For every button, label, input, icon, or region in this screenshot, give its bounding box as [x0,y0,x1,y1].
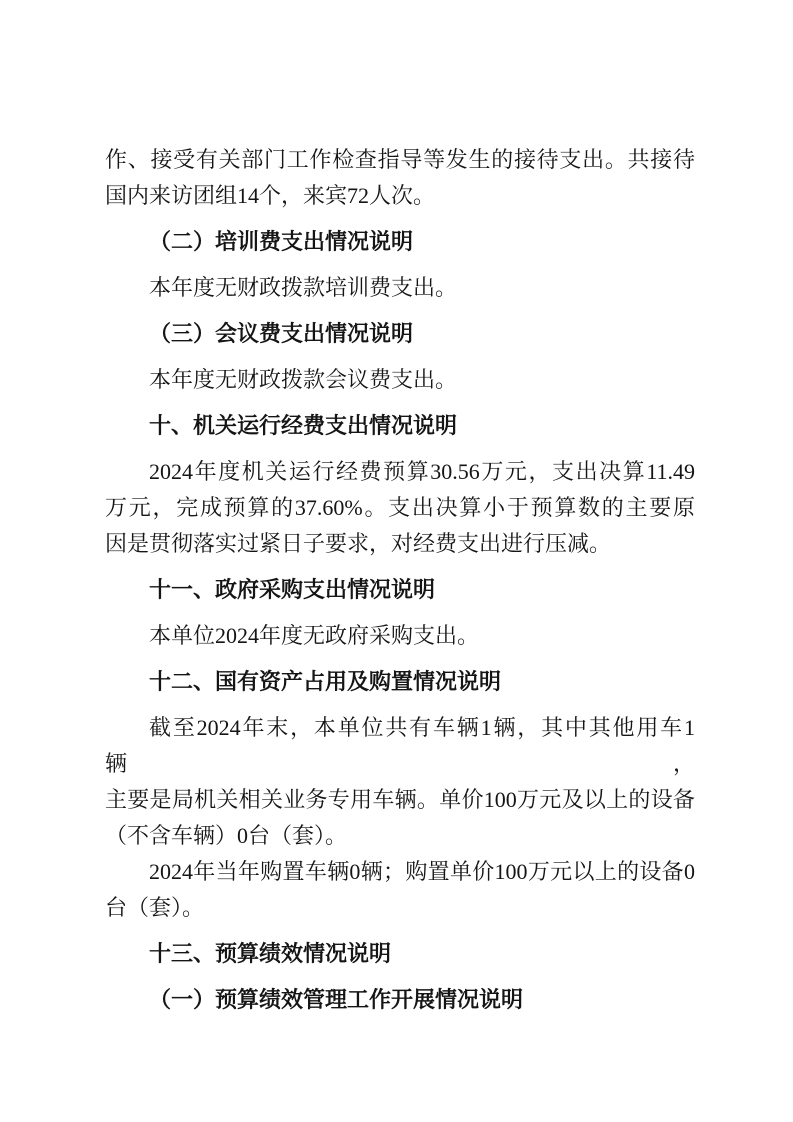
text-line: 截至2024年末，本单位共有车辆1辆，其中其他用车1辆， [105,710,695,782]
section-heading: 十三、预算绩效情况说明 [105,936,695,972]
text-line: 万元，完成预算的37.60%。支出决算小于预算数的主要原 [105,490,695,526]
text-line: 本单位2024年度无政府采购支出。 [105,618,695,654]
text-line: 十一、政府采购支出情况说明 [105,572,695,608]
paragraph: 本年度无财政拨款培训费支出。 [105,270,695,306]
paragraph: 2024年度机关运行经费预算30.56万元，支出决算11.49万元，完成预算的3… [105,454,695,562]
text-line: 2024年当年购置车辆0辆；购置单价100万元以上的设备0 [105,854,695,890]
text-line: 本年度无财政拨款培训费支出。 [105,270,695,306]
text-line: 本年度无财政拨款会议费支出。 [105,362,695,398]
document-page: 作、接受有关部门工作检查指导等发生的接待支出。共接待国内来访团组14个，来宾72… [0,0,793,1122]
paragraph: 2024年当年购置车辆0辆；购置单价100万元以上的设备0台（套）。 [105,854,695,926]
text-line: （三）会议费支出情况说明 [105,316,695,352]
text-line: 十三、预算绩效情况说明 [105,936,695,972]
text-line: 台（套）。 [105,890,695,926]
section-heading: 十二、国有资产占用及购置情况说明 [105,664,695,700]
text-line: 主要是局机关相关业务专用车辆。单价100万元及以上的设备 [105,782,695,818]
text-line: （一）预算绩效管理工作开展情况说明 [105,982,695,1018]
text-line: （不含车辆）0台（套）。 [105,818,695,854]
paragraph: 截至2024年末，本单位共有车辆1辆，其中其他用车1辆，主要是局机关相关业务专用… [105,710,695,854]
paragraph: 本年度无财政拨款会议费支出。 [105,362,695,398]
subsection-heading: （一）预算绩效管理工作开展情况说明 [105,982,695,1018]
subsection-heading: （三）会议费支出情况说明 [105,316,695,352]
text-line: 国内来访团组14个，来宾72人次。 [105,178,695,214]
section-heading: 十一、政府采购支出情况说明 [105,572,695,608]
text-line: （二）培训费支出情况说明 [105,224,695,260]
text-line: 作、接受有关部门工作检查指导等发生的接待支出。共接待 [105,142,695,178]
text-line: 2024年度机关运行经费预算30.56万元，支出决算11.49 [105,454,695,490]
subsection-heading: （二）培训费支出情况说明 [105,224,695,260]
section-heading: 十、机关运行经费支出情况说明 [105,408,695,444]
paragraph: 作、接受有关部门工作检查指导等发生的接待支出。共接待国内来访团组14个，来宾72… [105,142,695,214]
text-line: 十、机关运行经费支出情况说明 [105,408,695,444]
text-line: 十二、国有资产占用及购置情况说明 [105,664,695,700]
paragraph: 本单位2024年度无政府采购支出。 [105,618,695,654]
text-line: 因是贯彻落实过紧日子要求，对经费支出进行压减。 [105,526,695,562]
document-content: 作、接受有关部门工作检查指导等发生的接待支出。共接待国内来访团组14个，来宾72… [0,0,793,1018]
